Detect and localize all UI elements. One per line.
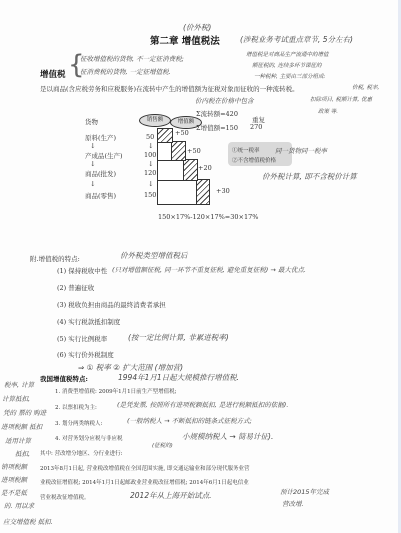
feature-item-4: (4) 实行税款抵扣制度 xyxy=(57,317,120,326)
china-annotation-4: 小规模纳税人 → 简易计征). xyxy=(182,431,273,442)
arrow-down-icon: ↓ xyxy=(90,160,96,168)
bar-retail-added xyxy=(196,179,210,205)
margin-note-8: 进项税额 xyxy=(1,475,27,484)
row-label-wholesale: 商品(批发) xyxy=(85,169,116,178)
sum-added: Σ增值额=150 xyxy=(196,123,238,132)
sum-turnover: Σ流转额=420 xyxy=(196,109,238,118)
arrow-down-icon: ↓ xyxy=(148,160,154,168)
added-value-3: +20 xyxy=(198,164,212,172)
col-sales-label: 销售额 xyxy=(147,117,164,123)
sales-value-4: 150 xyxy=(144,191,156,199)
detail-annotation-1: 2012年从上海开始试点. xyxy=(130,490,211,501)
china-item-3: 3. 划分两类纳税人: xyxy=(55,419,102,427)
chapter-title: 第二章 增值税法 xyxy=(150,33,220,47)
detail-line-2: 2013年8月1日起, 营业税改增值税在全国范围实施, 即交通运输业和部分现代服… xyxy=(40,464,250,472)
feature-annotation-5: (按一定比例计算, 非累进税率) xyxy=(128,332,229,343)
margin-note-7: 销项税额 xyxy=(1,462,27,471)
bar-finished-added xyxy=(171,141,186,161)
rule-line-2: ②不含增值税价格 xyxy=(232,156,276,164)
feature-item-1: (1) 保持税收中性 xyxy=(57,266,107,275)
margin-note-6: 抵扣, xyxy=(15,449,30,458)
row-label-raw: 原料(生产) xyxy=(85,133,116,142)
china-item-1: 1. 消费型增值税: 2009年1月1日前生产型增值税; xyxy=(55,387,176,395)
right-note-6: 政策 等. xyxy=(318,107,338,115)
added-value-2: +50 xyxy=(187,147,201,155)
bar-wholesale-added xyxy=(183,159,198,181)
right-note-3: 一种税种, 主要由三部分组成: xyxy=(254,72,325,80)
detail-line-1: 其中: 营改增分地区、分行业进行: xyxy=(40,449,122,457)
row-label-retail: 商品(零售) xyxy=(85,191,116,200)
sales-value-1: 50 xyxy=(146,133,154,141)
added-value-4: +30 xyxy=(216,187,230,195)
brace-note-2: 征消费税的货物, 一定征增值税. xyxy=(80,67,171,76)
detail-annotation-2a: 预计2015年完成 xyxy=(280,487,329,496)
bottom-annotation: 价外税计算, 即不含税价计算 xyxy=(262,171,357,182)
sales-value-2: 100 xyxy=(144,151,156,159)
added-value-1: +50 xyxy=(175,129,189,137)
detail-line-3: 业税改征增值税; 2014年1月1日起邮政业营业税改征增值税; 2014年6月1… xyxy=(40,478,249,486)
china-item-4: 4. 对营务划分应税与非应税 xyxy=(55,434,123,442)
col-sales-oval: 销售额 xyxy=(139,114,171,127)
detail-line-4: 营业税改征增值税。 xyxy=(40,493,90,501)
detail-annotation-2b: 营改增. xyxy=(282,499,304,508)
right-note-2: 额征税的, 连续多环节课征的 xyxy=(252,61,322,69)
col-added-label: 增值额 xyxy=(178,119,195,125)
arrow-down-icon: ↓ xyxy=(90,142,96,150)
definition-text: 是以商品(含应税劳务和应税服务)在流转中产生的增值额为征税对象而征收的一种流转税… xyxy=(40,84,299,93)
arrow-down-icon: ↓ xyxy=(148,142,154,150)
feature-annotation-1: (只对增值额征税, 同一环节不重复征税, 避免重复征税) → 最大优点. xyxy=(112,265,306,274)
margin-note-3: 凭的 票的 购进 xyxy=(3,408,46,417)
bar-raw-added xyxy=(157,128,173,143)
margin-note-4: 进项税额 抵扣 xyxy=(1,422,42,431)
chapter-annotation: (涉税业务考试重点章节, 5分左右) xyxy=(240,34,353,45)
china-sub-note: (征税的) xyxy=(152,441,173,449)
margin-note-5: 适用计算 xyxy=(5,436,31,445)
rule-line-1: ①统一税率 xyxy=(232,146,260,154)
china-annotation-2: (是凭发票, 按照所有进项税额抵扣, 是进行税额抵扣的依据). xyxy=(117,400,288,409)
features-title-annotation: 价外税类型增值税后 xyxy=(120,250,188,261)
formula: 150×17%-120×17%=30×17% xyxy=(158,213,258,221)
right-note-5: 扣除项目, 税额计算, 优惠 xyxy=(310,95,372,103)
section-label: 增值税 xyxy=(40,68,66,80)
china-item-2: 2. 以票扣税为主: xyxy=(55,403,97,411)
features-title: 附.增值税的特点: xyxy=(30,254,80,263)
margin-note-9: 是不是抵 xyxy=(1,488,27,497)
feature-item-6: (6) 实行价外税制度 xyxy=(57,350,114,359)
definition-annotation: 价内税在价格中包含 xyxy=(195,96,254,105)
arrow-down-icon: ↓ xyxy=(148,180,154,188)
arrow-down-icon: ↓ xyxy=(90,180,96,188)
row-header-goods: 货物 xyxy=(85,117,98,126)
right-note-4: 价税, 税率, xyxy=(352,83,379,91)
feature-item-3: (3) 税收负担由商品的最终消费者承担 xyxy=(57,300,166,309)
margin-note-10: 的. 用以求 xyxy=(4,501,34,510)
duplicate-value: 270 xyxy=(250,123,262,131)
sales-value-3: 120 xyxy=(144,169,156,177)
china-features-annotation: 1994年1月1日起大规模推行增值税. xyxy=(118,372,239,383)
margin-note-11: 应交增值税 抵扣. xyxy=(3,517,53,526)
box-annotation: 同一货物同一税率 xyxy=(275,146,327,155)
scanned-page: (价外税) 第二章 增值税法 (涉税业务考试重点章节, 5分左右) 增值税 { … xyxy=(0,0,398,533)
row-label-finished: 产成品(生产) xyxy=(85,151,123,160)
margin-note-1: 税率, 计算 xyxy=(4,380,34,389)
top-note: (价外税) xyxy=(183,22,211,33)
right-note-1: 增值税是对商品生产流通中的增值 xyxy=(246,50,329,58)
feature-item-2: (2) 普遍征收 xyxy=(57,283,94,292)
china-features-title: 我国增值税特点: xyxy=(40,374,88,383)
china-annotation-3: (一般纳税人 → 不断抵扣的链条式征税方式; xyxy=(127,416,252,425)
margin-note-2: 计算抵扣, xyxy=(2,394,30,403)
feature-item-5: (5) 实行比例税率 xyxy=(57,334,107,343)
bar-retail-base xyxy=(157,179,198,205)
brace-note-1: 征收增值税的货物, 不一定征消费税; xyxy=(80,54,184,63)
